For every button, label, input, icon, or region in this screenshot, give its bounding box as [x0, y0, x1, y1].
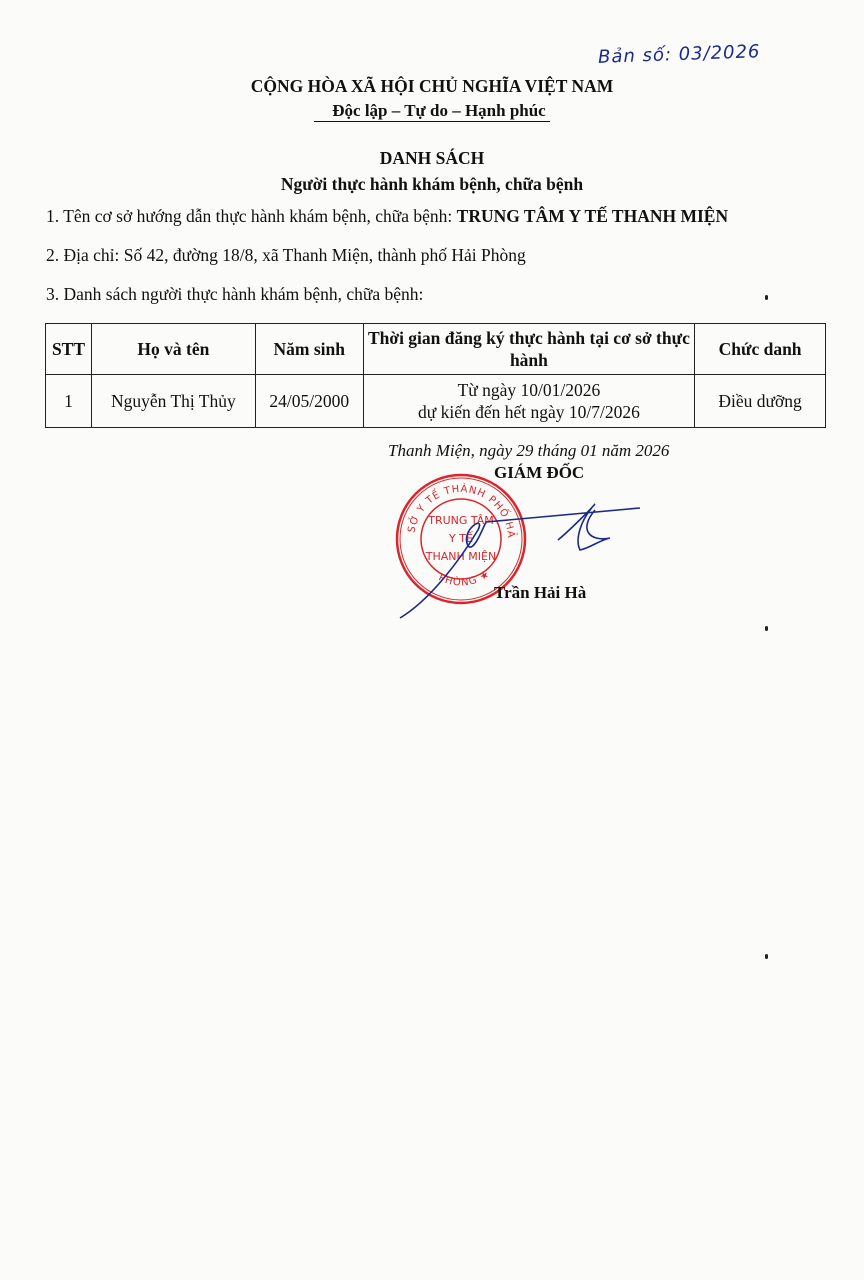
document-subtitle: Người thực hành khám bệnh, chữa bệnh: [0, 174, 864, 195]
facility-name: TRUNG TÂM Y TẾ THANH MIỆN: [457, 206, 728, 226]
facility-label: 1. Tên cơ sở hướng dẫn thực hành khám bệ…: [46, 206, 457, 226]
cell-position: Điều dưỡng: [695, 375, 826, 428]
place-date: Thanh Miện, ngày 29 tháng 01 năm 2026: [388, 441, 669, 461]
list-label: 3. Danh sách người thực hành khám bệnh, …: [46, 284, 423, 305]
header-name: Họ và tên: [91, 324, 255, 375]
cell-dob: 24/05/2000: [255, 375, 363, 428]
header-position: Chức danh: [695, 324, 826, 375]
handwritten-note: Bản số: 03/2026: [598, 41, 761, 68]
national-motto: Độc lập – Tự do – Hạnh phúc: [0, 101, 864, 121]
cell-stt: 1: [46, 375, 92, 428]
national-title: CỘNG HÒA XÃ HỘI CHỦ NGHĨA VIỆT NAM: [0, 76, 864, 97]
scan-speck: [765, 954, 768, 959]
period-to: dự kiến đến hết ngày 10/7/2026: [368, 401, 690, 423]
address-line: 2. Địa chỉ: Số 42, đường 18/8, xã Thanh …: [46, 245, 526, 266]
table-header-row: STT Họ và tên Năm sinh Thời gian đăng ký…: [46, 324, 826, 375]
motto-text: Độc lập – Tự do – Hạnh phúc: [314, 101, 549, 122]
header-period: Thời gian đăng ký thực hành tại cơ sở th…: [363, 324, 694, 375]
document-title: DANH SÁCH: [0, 148, 864, 169]
scan-speck: [765, 626, 768, 631]
facility-line: 1. Tên cơ sở hướng dẫn thực hành khám bệ…: [46, 206, 728, 227]
practitioner-table: STT Họ và tên Năm sinh Thời gian đăng ký…: [45, 323, 826, 428]
scan-speck: [765, 295, 768, 300]
cell-name: Nguyễn Thị Thủy: [91, 375, 255, 428]
header-dob: Năm sinh: [255, 324, 363, 375]
table-row: 1 Nguyễn Thị Thủy 24/05/2000 Từ ngày 10/…: [46, 375, 826, 428]
period-from: Từ ngày 10/01/2026: [368, 379, 690, 401]
cell-period: Từ ngày 10/01/2026 dự kiến đến hết ngày …: [363, 375, 694, 428]
signer-name: Trần Hải Hà: [494, 583, 586, 603]
header-stt: STT: [46, 324, 92, 375]
